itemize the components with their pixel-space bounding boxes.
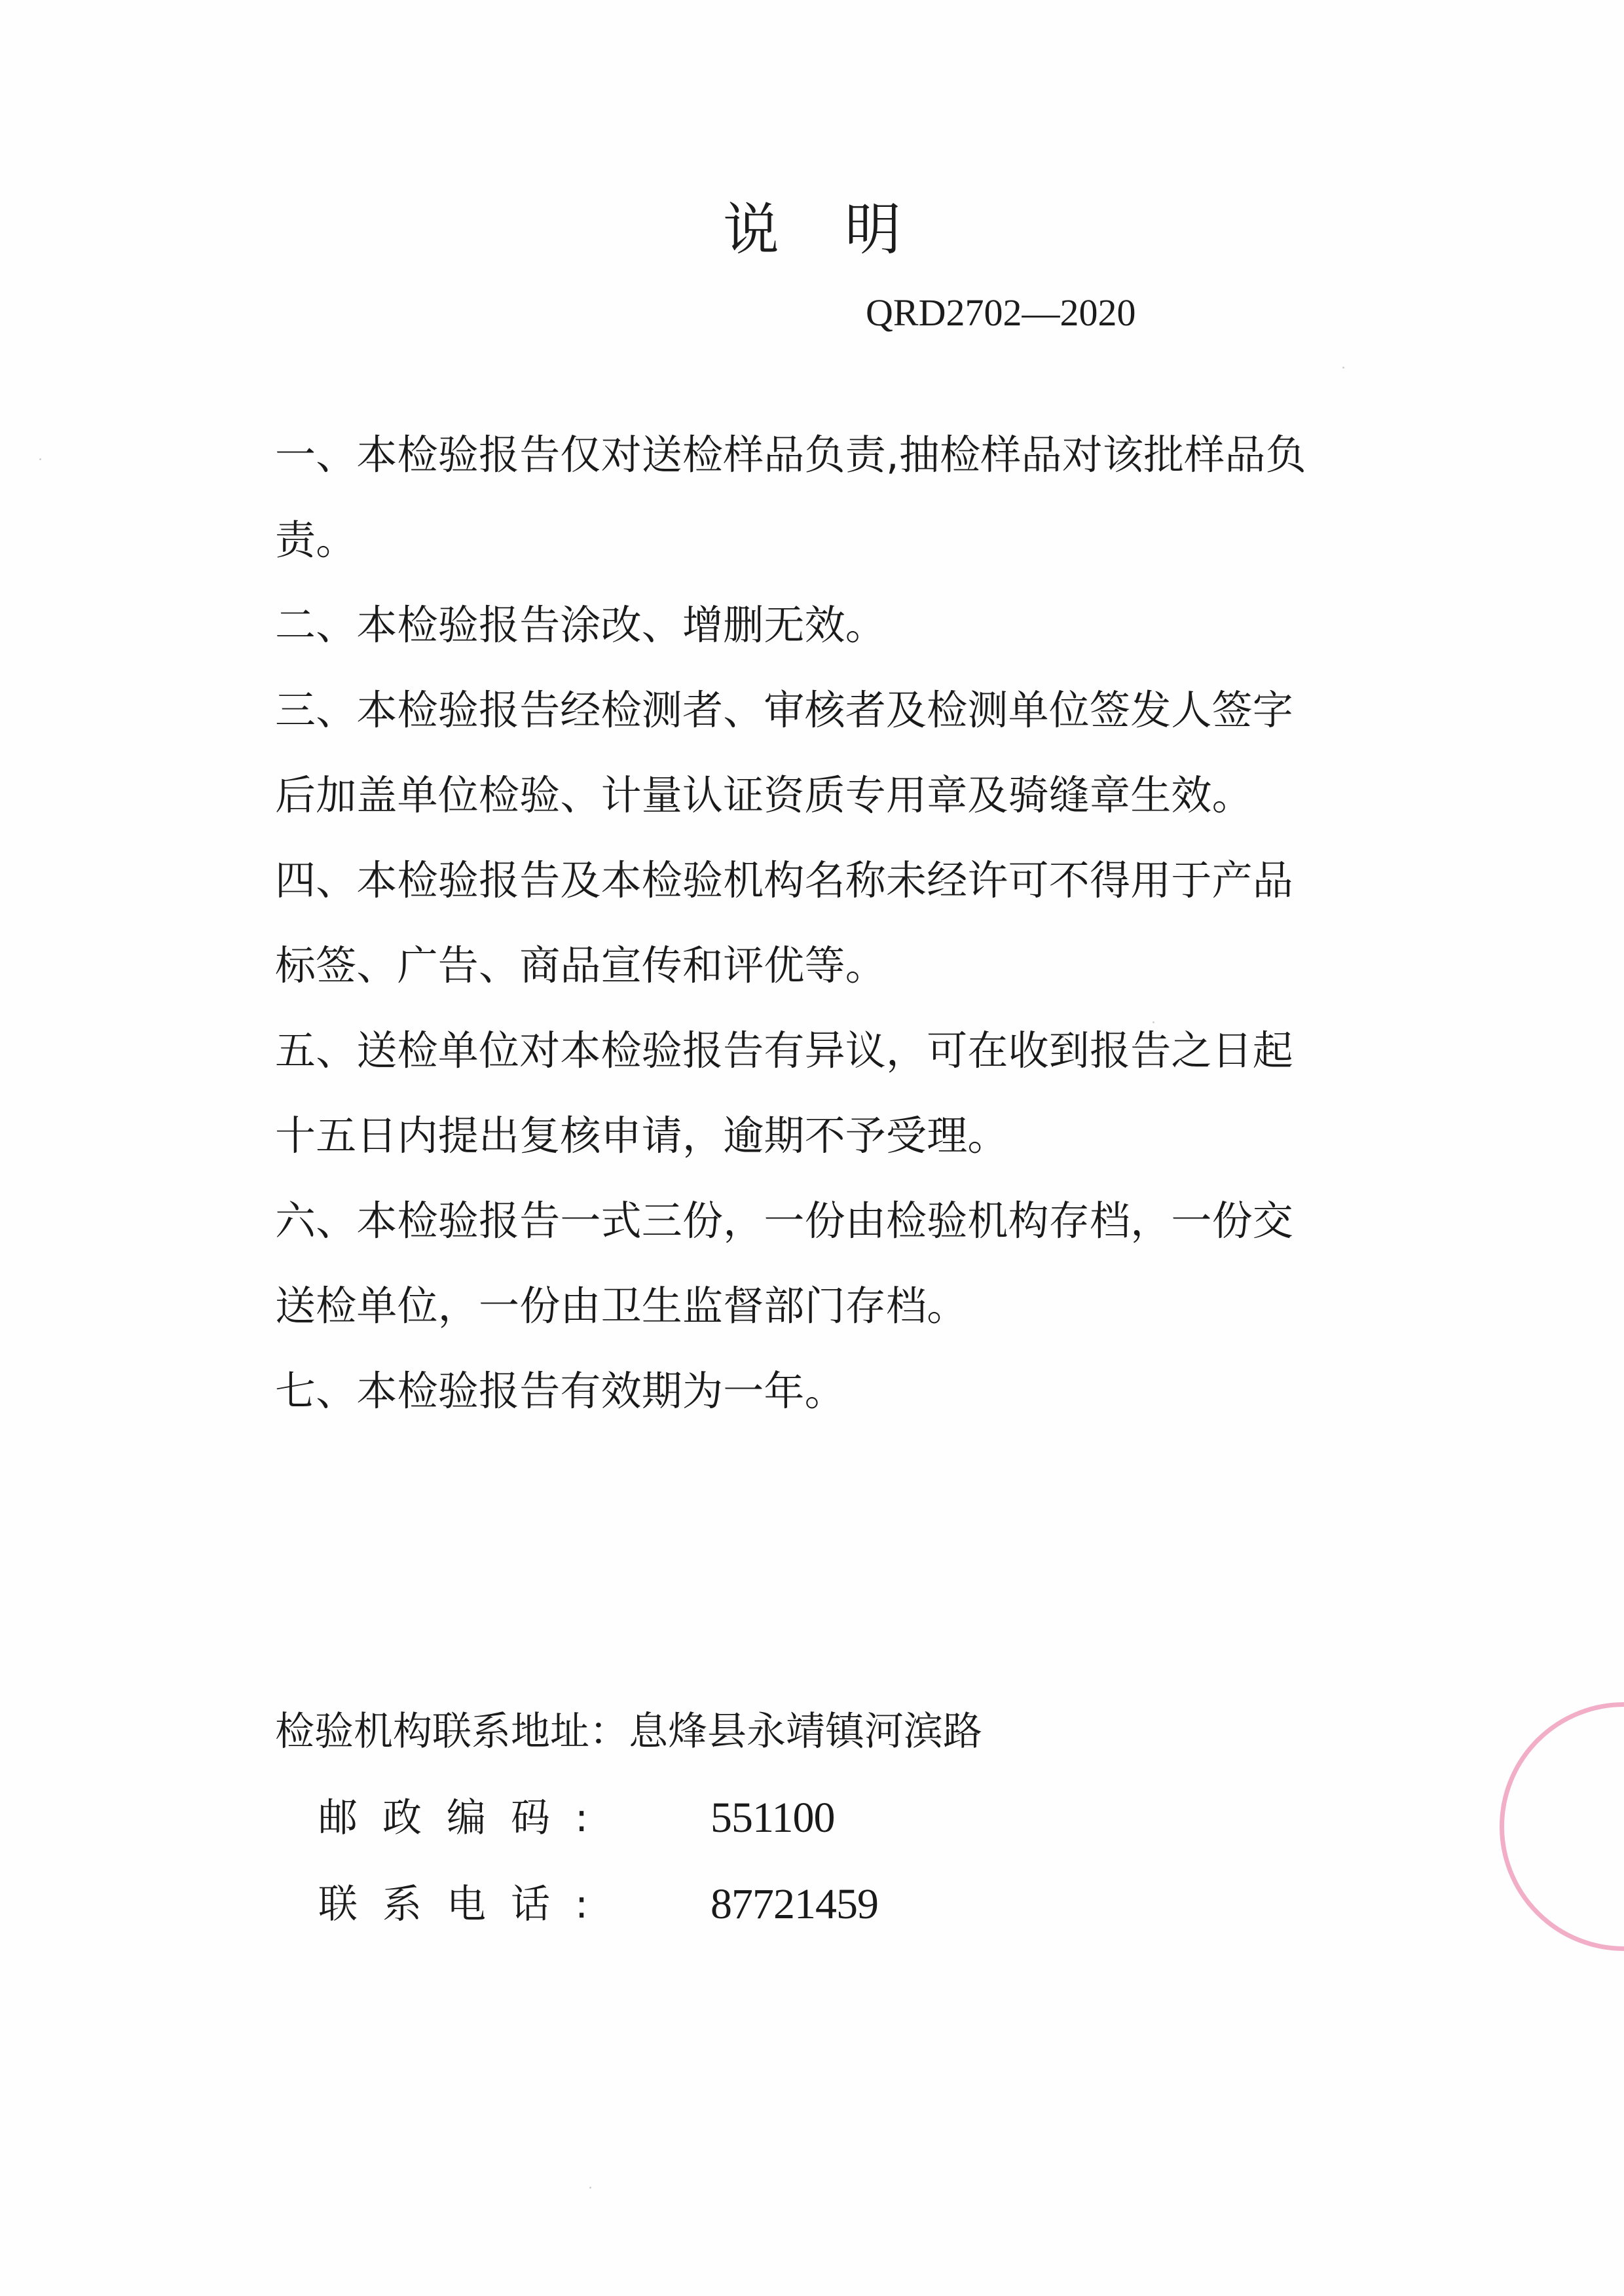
- clause-4-line-1: 四、本检验报告及本检验机构名称未经许可不得用于产品: [275, 838, 1388, 923]
- phone-row: 联系电话: 87721459: [275, 1868, 982, 1955]
- clause-3-line-2: 后加盖单位检验、计量认证资质专用章及骑缝章生效。: [275, 753, 1388, 838]
- phone-label: 联系电话:: [318, 1868, 613, 1941]
- address-row: 检验机构联系地址：息烽县永靖镇河滨路: [275, 1696, 982, 1782]
- postal-code-label: 邮政编码:: [318, 1782, 613, 1854]
- clause-6-line-2: 送检单位，一份由卫生监督部门存档。: [275, 1264, 1388, 1349]
- scan-speck: [39, 458, 41, 460]
- title-char-1: 说: [723, 197, 779, 263]
- clause-4-line-2: 标签、广告、商品宣传和评优等。: [275, 923, 1388, 1008]
- postal-code-value: 551100: [710, 1782, 835, 1854]
- scan-speck: [1153, 1021, 1154, 1023]
- clause-1-line-2: 责。: [275, 498, 1388, 583]
- clause-5-line-2: 十五日内提出复核申请，逾期不予受理。: [275, 1093, 1388, 1178]
- clause-7-line-1: 七、本检验报告有效期为一年。: [275, 1349, 1388, 1434]
- clause-6-line-1: 六、本检验报告一式三份，一份由检验机构存档，一份交: [275, 1178, 1388, 1264]
- clause-list: 一、本检验报告仅对送检样品负责,抽检样品对该批样品负 责。 二、本检验报告涂改、…: [275, 412, 1388, 1434]
- scan-speck: [655, 458, 657, 460]
- clause-3-line-1: 三、本检验报告经检测者、审核者及检测单位签发人签字: [275, 668, 1388, 753]
- clause-5-line-1: 五、送检单位对本检验报告有异议，可在收到报告之日起: [275, 1008, 1388, 1093]
- address-value: 息烽县永靖镇河滨路: [629, 1709, 982, 1755]
- phone-value: 87721459: [710, 1868, 878, 1941]
- document-code: QRD2702—2020: [866, 287, 1135, 339]
- clause-2-line-1: 二、本检验报告涂改、增删无效。: [275, 583, 1388, 668]
- partial-seal-stamp-icon: [1500, 1702, 1624, 1951]
- clause-1-line-1: 一、本检验报告仅对送检样品负责,抽检样品对该批样品负: [275, 412, 1388, 498]
- page-title: 说明: [0, 194, 1624, 266]
- address-label: 检验机构联系地址：: [275, 1709, 629, 1755]
- document-page: 说明 QRD2702—2020 一、本检验报告仅对送检样品负责,抽检样品对该批样…: [0, 0, 1624, 2296]
- scan-speck: [589, 2187, 591, 2189]
- contact-block: 检验机构联系地址：息烽县永靖镇河滨路 邮政编码: 551100 联系电话: 87…: [275, 1696, 982, 1955]
- postal-code-row: 邮政编码: 551100: [275, 1782, 982, 1868]
- scan-speck: [1342, 367, 1344, 369]
- title-char-2: 明: [845, 197, 901, 263]
